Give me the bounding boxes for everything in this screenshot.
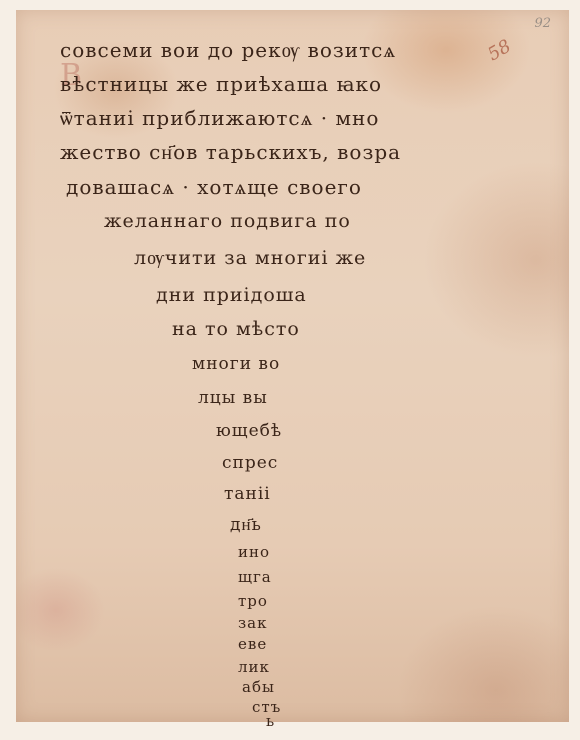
text-line: жество сн҃ов тарьскихъ, возра (60, 140, 401, 165)
text-line: многи во (192, 354, 280, 374)
text-line: еве (238, 635, 267, 653)
text-line: зак (238, 614, 268, 632)
text-line: дн҃ь (230, 515, 262, 535)
text-line: дни приідоша (156, 284, 307, 306)
text-line: совсеми вои до рекѹ возитсѧ (60, 38, 396, 63)
photo-frame: 92 58 В совсеми вои до рекѹ возитсѧ вѣст… (0, 0, 580, 740)
text-line: щга (238, 568, 272, 586)
manuscript-page: 92 58 В совсеми вои до рекѹ возитсѧ вѣст… (16, 10, 569, 722)
text-block: совсеми вои до рекѹ возитсѧ вѣстницы же … (16, 10, 569, 722)
text-line: вѣстницы же приѣхаша ꙗко (60, 72, 382, 96)
text-line: таніі (224, 484, 271, 504)
text-line: спрес (222, 453, 278, 473)
text-line: ющебѣ (216, 421, 282, 441)
text-line: ь (266, 712, 275, 730)
text-line: ино (238, 543, 270, 561)
text-line: лѹчити за многиі же (134, 247, 366, 270)
text-line: лик (238, 658, 270, 676)
text-line: абы (242, 678, 275, 696)
text-line: ѿтаниі приближаютсѧ · мно (60, 106, 379, 131)
text-line: лцы вы (198, 388, 268, 408)
text-line: тро (238, 592, 268, 610)
text-line: на то мѣсто (172, 318, 300, 340)
text-line: довашасѧ · хотѧще своего (66, 175, 362, 200)
text-line: желаннаго подвига по (104, 210, 351, 232)
